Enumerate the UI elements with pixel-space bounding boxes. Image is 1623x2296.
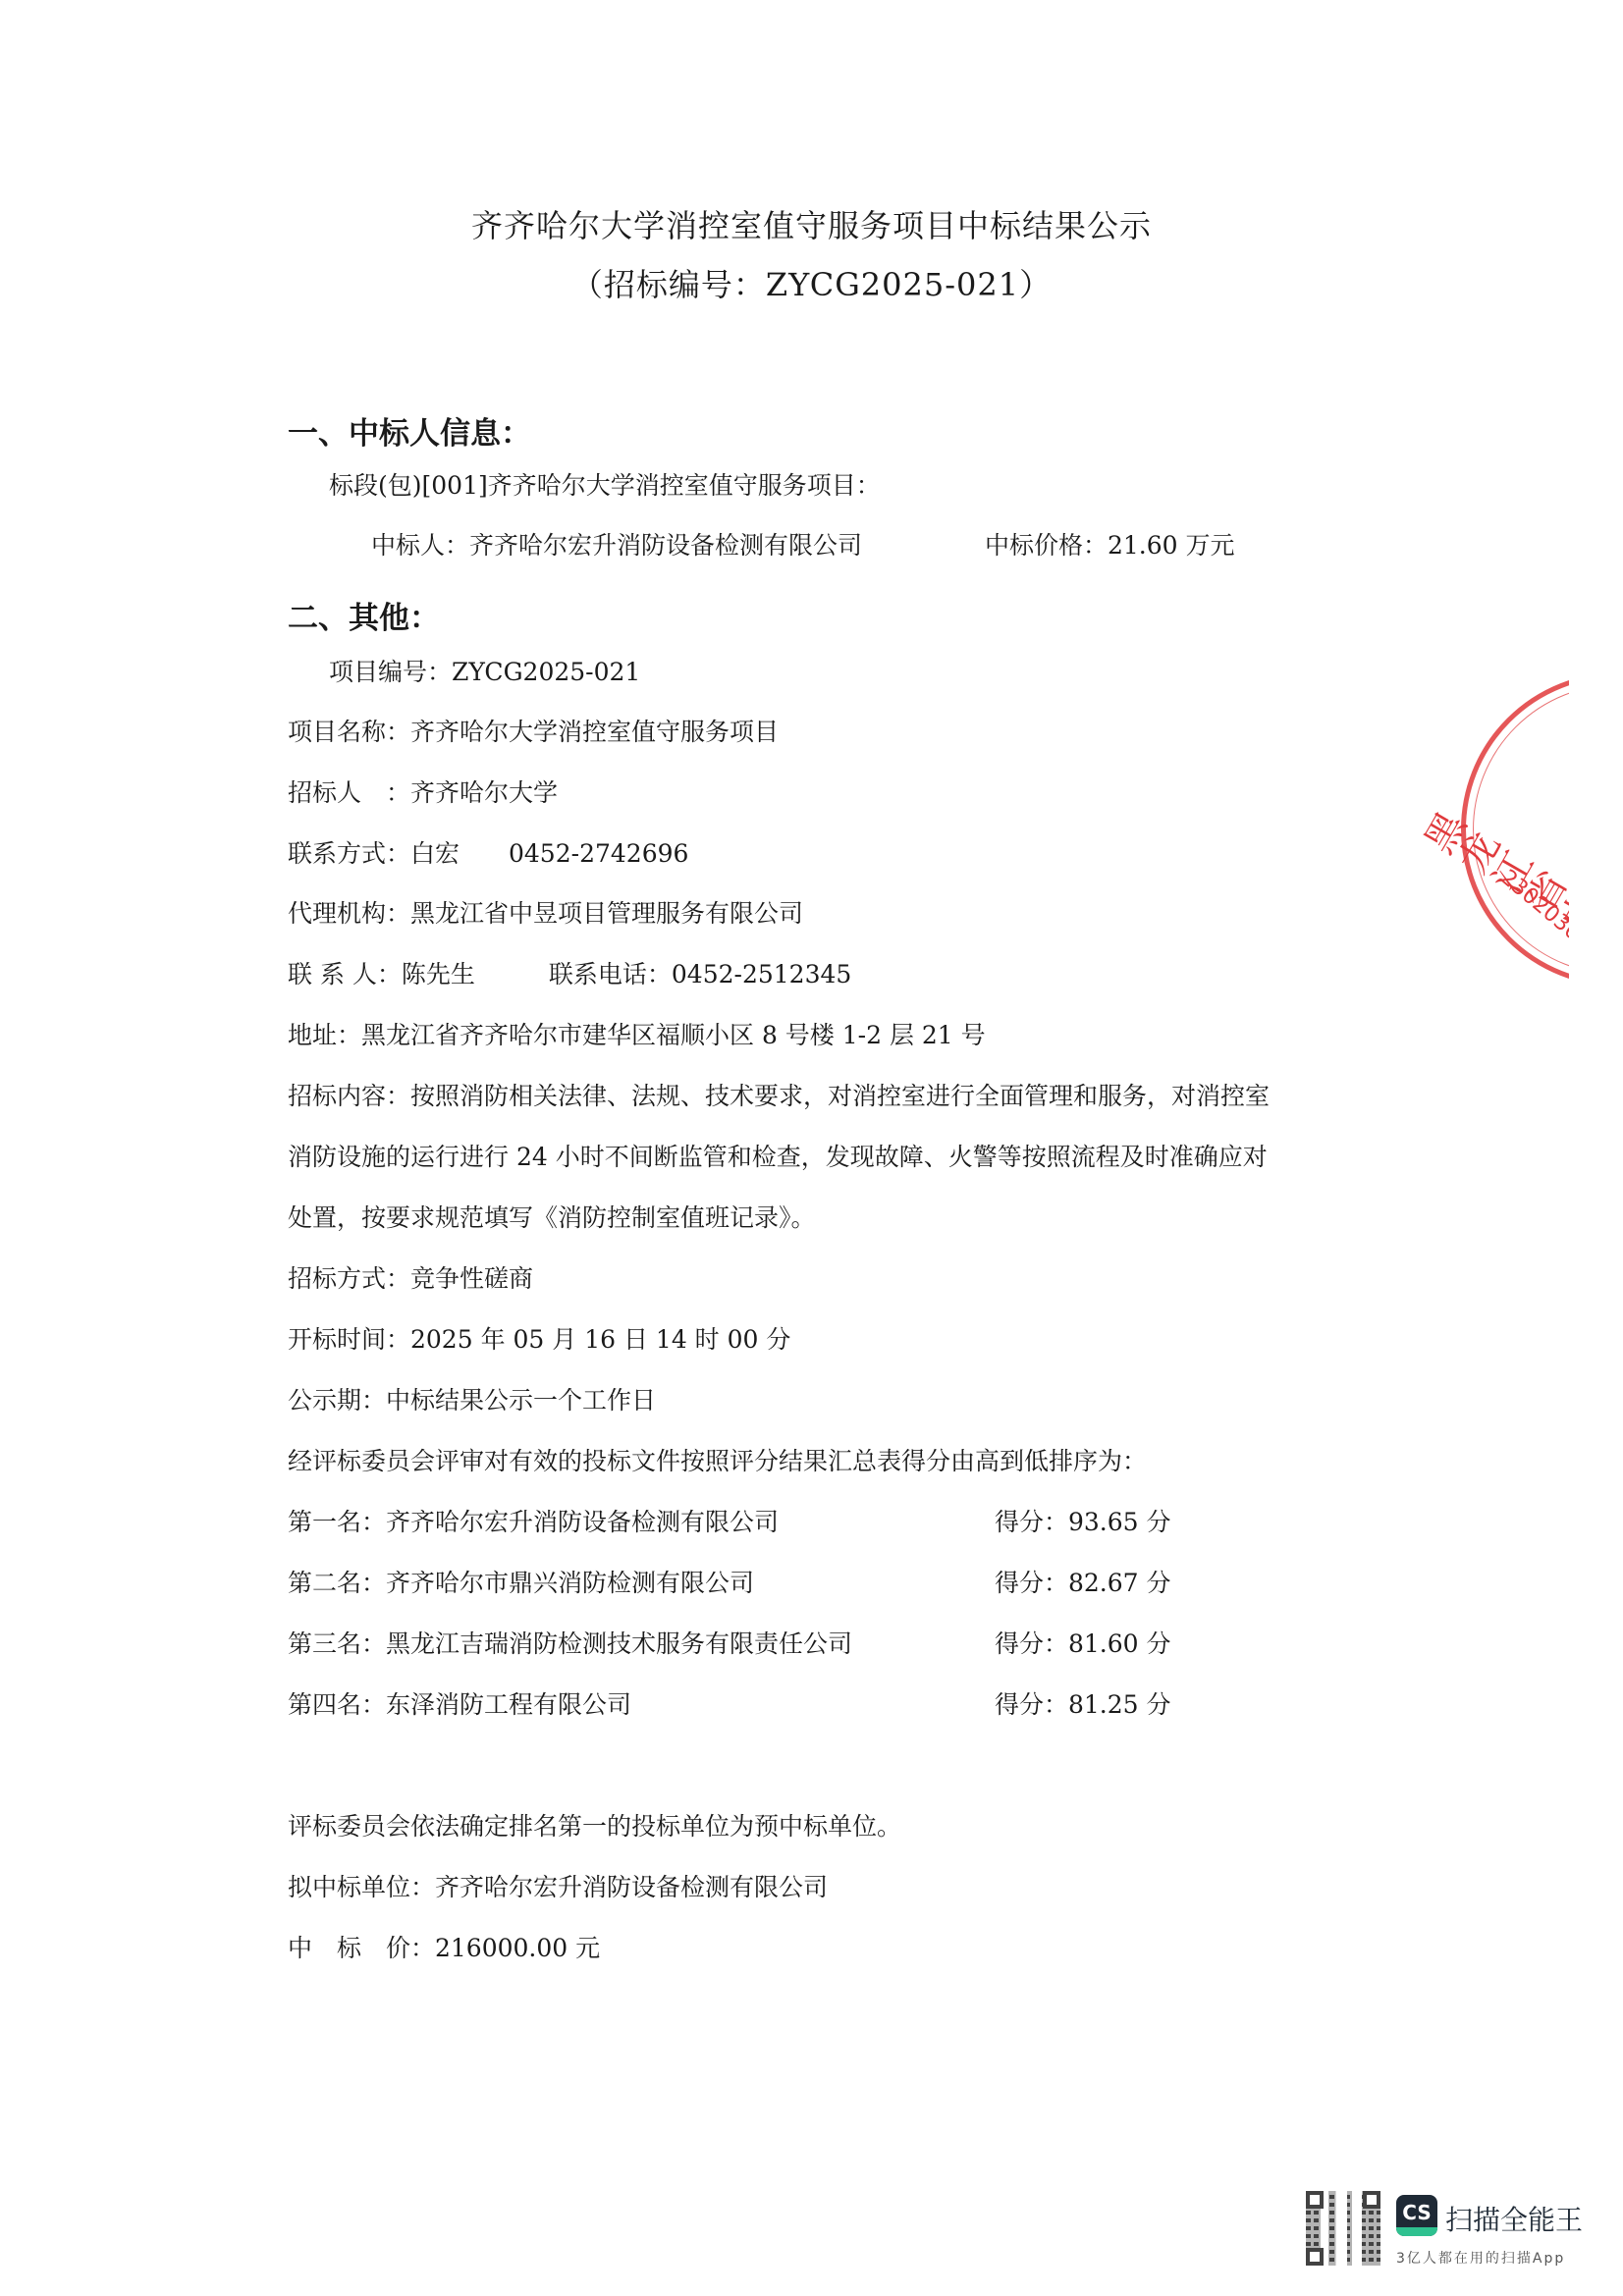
tender-method: 招标方式：竞争性磋商 (288, 1264, 533, 1294)
section-heading-winner-info: 一、中标人信息： (288, 408, 531, 453)
ranking-intro: 经评标委员会评审对有效的投标文件按照评分结果汇总表得分由高到低排序为： (288, 1447, 1147, 1476)
tender-content-line-1: 招标内容：按照消防相关法律、法规、技术要求，对消控室进行全面管理和服务，对消控室 (288, 1082, 1270, 1111)
ranking-2-score: 得分：82.67 分 (995, 1569, 1171, 1598)
camscanner-name: 扫描全能王 (1445, 2199, 1583, 2238)
camscanner-logo-icon: CS (1396, 2195, 1437, 2236)
tender-content-line-2: 消防设施的运行进行 24 小时不间断监管和检查，发现故障、火警等按照流程及时准确… (288, 1143, 1268, 1172)
publicity-period: 公示期：中标结果公示一个工作日 (288, 1386, 656, 1415)
conclusion: 评标委员会依法确定排名第一的投标单位为预中标单位。 (288, 1812, 901, 1842)
winner-price: 中标价格：21.60 万元 (985, 531, 1235, 561)
project-number: 项目编号：ZYCG2025-021 (329, 658, 640, 687)
address: 地址：黑龙江省齐齐哈尔市建华区福顺小区 8 号楼 1-2 层 21 号 (288, 1021, 986, 1050)
ranking-1-score: 得分：93.65 分 (995, 1508, 1171, 1537)
winning-price: 中 标 价：216000.00 元 (288, 1934, 600, 1963)
proposed-winner: 拟中标单位：齐齐哈尔宏升消防设备检测有限公司 (288, 1873, 828, 1902)
document-title: 齐齐哈尔大学消控室值守服务项目中标结果公示 (0, 201, 1623, 246)
ranking-3-name: 第三名：黑龙江吉瑞消防检测技术服务有限责任公司 (288, 1629, 852, 1659)
qr-code-icon (1306, 2191, 1380, 2266)
winner-name: 中标人：齐齐哈尔宏升消防设备检测有限公司 (371, 531, 862, 561)
contact-info: 联系方式：白宏 0452-2742696 (288, 839, 688, 869)
ranking-4-score: 得分：81.25 分 (995, 1690, 1171, 1720)
agency-contact: 联 系 人：陈先生 联系电话：0452-2512345 (288, 960, 851, 989)
lot-name: 标段(包)[001]齐齐哈尔大学消控室值守服务项目： (329, 471, 881, 501)
opening-time: 开标时间：2025 年 05 月 16 日 14 时 00 分 (288, 1325, 790, 1355)
project-name: 项目名称：齐齐哈尔大学消控室值守服务项目 (288, 718, 779, 747)
camscanner-tagline: 3亿人都在用的扫描App (1396, 2248, 1565, 2268)
tenderer: 招标人 ：齐齐哈尔大学 (288, 778, 558, 808)
tender-number: （招标编号：ZYCG2025-021） (0, 260, 1623, 305)
ranking-1-name: 第一名：齐齐哈尔宏升消防设备检测有限公司 (288, 1508, 779, 1537)
page-edge (1569, 648, 1623, 1001)
tender-content-line-3: 处置，按要求规范填写《消防控制室值班记录》。 (288, 1203, 816, 1233)
ranking-4-name: 第四名：东泽消防工程有限公司 (288, 1690, 631, 1720)
ranking-2-name: 第二名：齐齐哈尔市鼎兴消防检测有限公司 (288, 1569, 754, 1598)
section-heading-other: 二、其他： (288, 593, 440, 637)
ranking-3-score: 得分：81.60 分 (995, 1629, 1171, 1659)
agency: 代理机构：黑龙江省中昱项目管理服务有限公司 (288, 899, 803, 929)
